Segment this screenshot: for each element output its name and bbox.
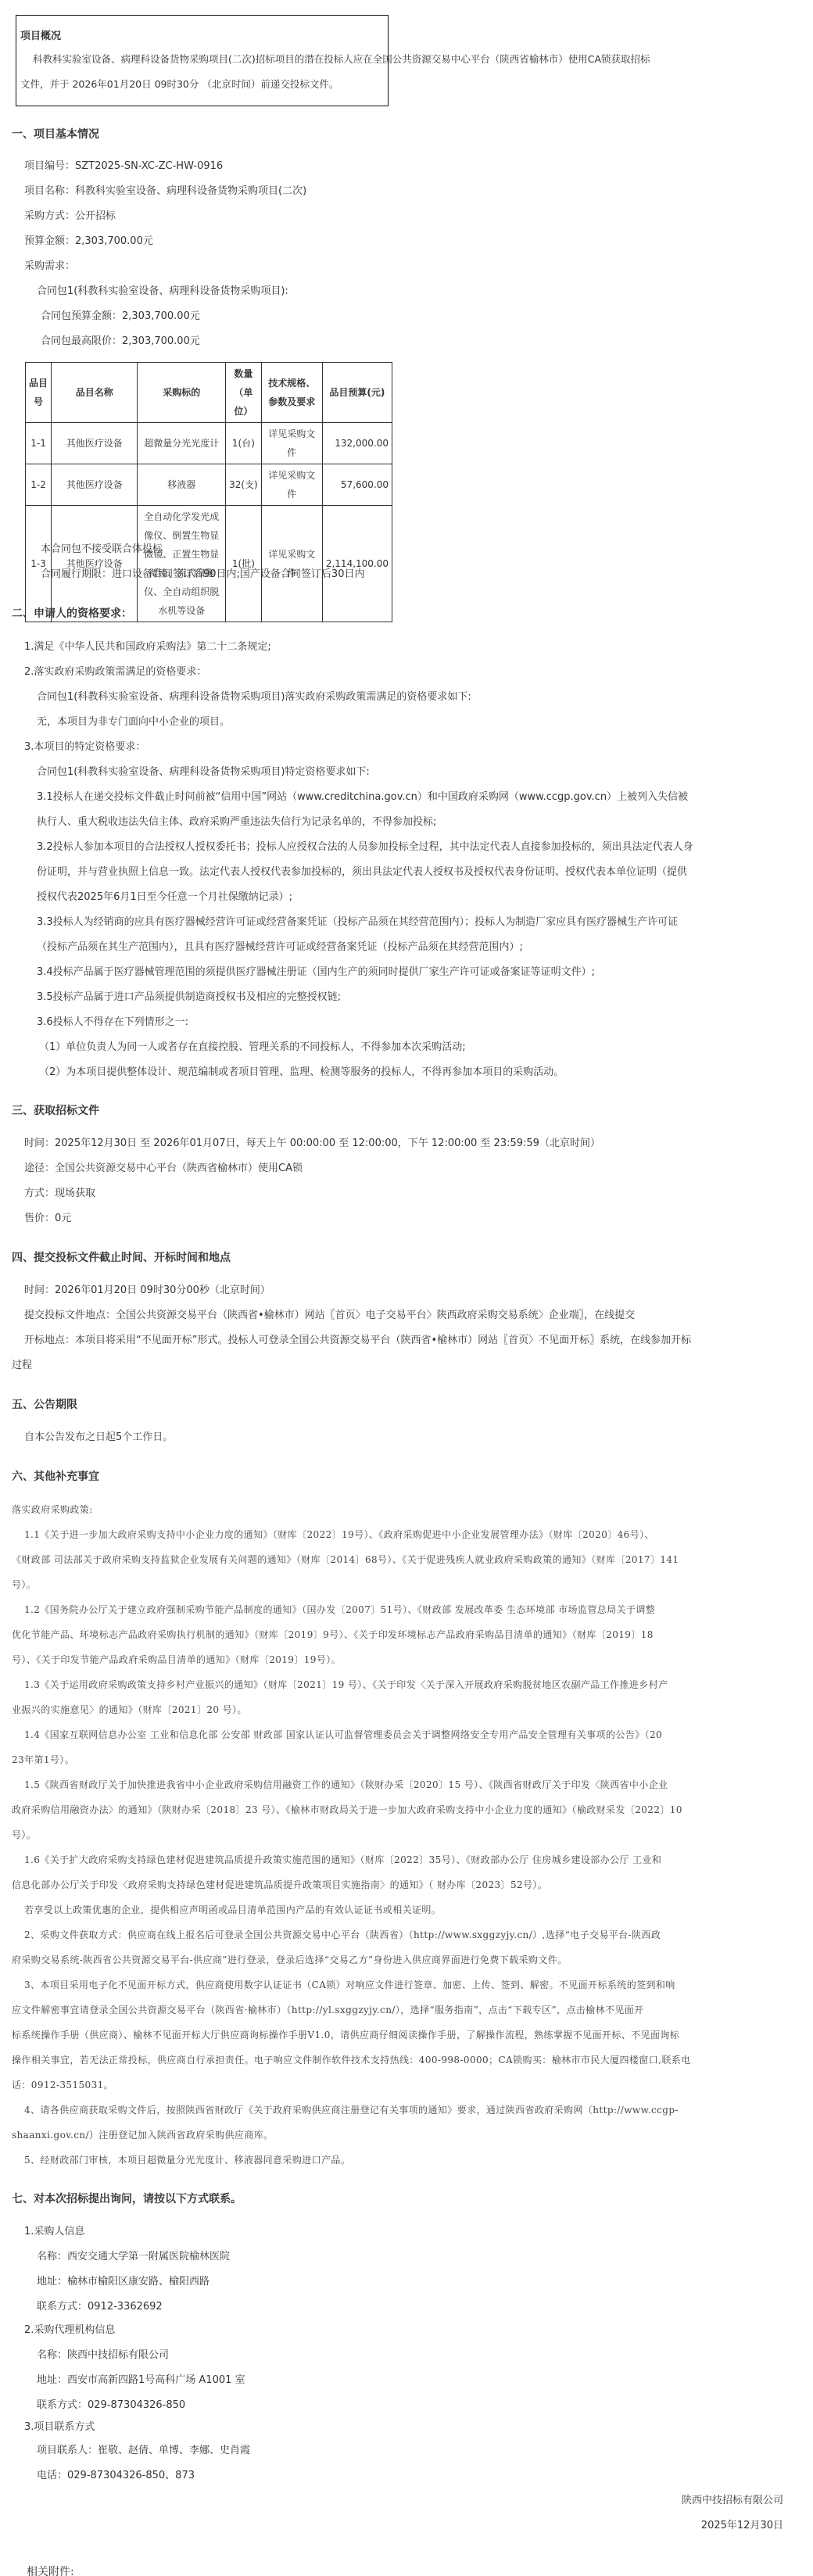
req-3a: 合同包1(科教科实验室设备、病理科设备货物采购项目)特定资格要求如下: — [37, 765, 370, 780]
cell-budget: 2,114,100.00 — [322, 506, 392, 622]
col-header-budget: 品目预算(元) — [322, 363, 392, 423]
procurement-method: 采购方式：公开招标 — [24, 209, 116, 224]
req-2b: 无，本项目为非专门面向中小企业的项目。 — [37, 715, 230, 730]
req-3-1-line1: 3.1投标人在递交投标文件截止时间前被“信用中国”网站（www.creditch… — [37, 790, 688, 805]
section2-heading: 二、申请人的资格要求： — [12, 606, 132, 622]
package-budget: 合同包预算金额：2,303,700.00元 — [41, 309, 200, 324]
cell-quantity: 1(台) — [226, 423, 262, 464]
item-3-line1: 3、本项目采用电子化不见面开标方式，供应商使用数字认证证书（CA锁）对响应文件进… — [24, 1977, 675, 1993]
cell-budget: 132,000.00 — [322, 423, 392, 464]
project-number: 项目编号：SZT2025-SN-XC-ZC-HW-0916 — [24, 159, 223, 174]
agency-title: 2.采购代理机构信息 — [24, 2323, 115, 2338]
req-2: 2.落实政府采购政策需满足的资格要求： — [24, 665, 206, 680]
project-name: 项目名称：科教科实验室设备、病理科设备货物采购项目(二次) — [24, 184, 306, 199]
section7-heading: 七、对本次招标提出询问，请按以下方式联系。 — [12, 2191, 242, 2207]
purchaser-phone: 联系方式：0912-3362692 — [37, 2299, 163, 2315]
procurement-requirement: 采购需求： — [24, 259, 75, 274]
performance-period: 合同履行期限：进口设备合同签订后90日内;国产设备合同签订后30日内 — [41, 567, 364, 582]
policy-1-5-line3: 号）。 — [12, 1827, 36, 1843]
policy-1-3-line2: 业振兴的实施意见〉的通知》（财库〔2021〕20 号）。 — [12, 1702, 247, 1718]
req-3-2-line1: 3.2投标人参加本项目的合法授权人授权委托书；投标人应授权合法的人员参加投标全过… — [37, 840, 693, 855]
purchaser-name: 名称：西安交通大学第一附属医院榆林医院 — [37, 2249, 230, 2265]
policy-1-2-line1: 1.2《国务院办公厅关于建立政府强制采购节能产品制度的通知》（国办发〔2007〕… — [24, 1602, 655, 1618]
cell-quantity: 1(批) — [226, 506, 262, 622]
col-header-item-name: 品目名称 — [52, 363, 138, 423]
req-3-6-item1: （1）单位负责人为同一人或者存在直接控股、管理关系的不同投标人，不得参加本次采购… — [39, 1040, 466, 1055]
item-3-line3: 标系统操作手册（供应商）、榆林不见面开标大厅供应商询标操作手册V1.0，请供应商… — [12, 2027, 679, 2043]
table-row: 1-1 其他医疗设备 超微量分光光度计 1(台) 详见采购文件 132,000.… — [26, 423, 392, 464]
section4-heading: 四、提交投标文件截止时间、开标时间和地点 — [12, 1250, 231, 1266]
attachments-label: 相关附件: — [27, 2564, 74, 2576]
req-3-2-line2: 份证明，并与营业执照上信息一致。法定代表人授权代表参加投标的，须出具法定代表人授… — [37, 865, 687, 880]
obtain-time: 时间：2025年12月30日 至 2026年01月07日，每天上午 00:00:… — [24, 1136, 600, 1152]
policy-1-5-line2: 政府采购信用融资办法〉的通知》（陕财办采〔2018〕23 号）、《榆林市财政局关… — [12, 1802, 682, 1818]
purchaser-address: 地址：榆林市榆阳区康安路、榆阳西路 — [37, 2274, 210, 2290]
policy-note: 若享受以上政策优惠的企业，提供相应声明函或品目清单范围内产品的有效认证证书或相关… — [24, 1902, 441, 1918]
policy-1-5-line1: 1.5《陕西省财政厅关于加快推进我省中小企业政府采购信用融资工作的通知》（陕财办… — [24, 1777, 668, 1793]
item-2-line2: 府采购交易系统-陕西省公共资源交易平台-供应商”进行登录，登录后选择“交易乙方”… — [12, 1952, 568, 1968]
agency-name: 名称：陕西中技招标有限公司 — [37, 2348, 169, 2363]
contract-package: 合同包1(科教科实验室设备、病理科设备货物采购项目): — [37, 284, 288, 299]
overview-text-line1: 科教科实验室设备、病理科设备货物采购项目(二次)招标项目的潜在投标人应在全国公共… — [33, 52, 650, 67]
obtain-mode: 方式：现场获取 — [24, 1186, 95, 1202]
items-table: 品目号 品目名称 采购标的 数量（单位） 技术规格、参数及要求 品目预算(元) … — [25, 362, 392, 622]
section1-heading: 一、项目基本情况 — [12, 127, 99, 142]
col-header-item-no: 品目号 — [26, 363, 52, 423]
announcement-period: 自本公告发布之日起5个工作日。 — [24, 1430, 173, 1446]
policy-1-1-line2: 《财政部 司法部关于政府采购支持监狱企业发展有关问题的通知》（财库〔2014〕6… — [12, 1552, 679, 1567]
cell-item-no: 1-3 — [26, 506, 52, 622]
section3-heading: 三、获取招标文件 — [12, 1103, 99, 1119]
req-3-2-line3: 授权代表2025年6月1日至今任意一个月社保缴纳记录）; — [37, 890, 292, 905]
overview-title: 项目概况 — [20, 29, 61, 45]
cell-quantity: 32(支) — [226, 464, 262, 506]
req-2a: 合同包1(科教科实验室设备、病理科设备货物采购项目)落实政府采购政策需满足的资格… — [37, 690, 471, 705]
policy-1-2-line3: 号）、《关于印发节能产品政府采购品目清单的通知》（财库〔2019〕19号）。 — [12, 1652, 341, 1668]
open-place-line1: 开标地点：本项目将采用“不见面开标”形式。投标人可登录全国公共资源交易平台（陕西… — [24, 1333, 691, 1349]
deadline-time: 时间：2026年01月20日 09时30分00秒（北京时间） — [24, 1283, 270, 1299]
cell-target: 超微量分光光度计 — [138, 423, 226, 464]
contact-title: 3.项目联系方式 — [24, 2420, 95, 2435]
cell-item-name: 其他医疗设备 — [52, 423, 138, 464]
agency-phone: 联系方式：029-87304326-850 — [37, 2398, 185, 2413]
policy-1-6-line1: 1.6《关于扩大政府采购支持绿色建材促进建筑品质提升政策实施范围的通知》（财库〔… — [24, 1852, 661, 1868]
cell-item-no: 1-2 — [26, 464, 52, 506]
cell-item-name: 其他医疗设备 — [52, 464, 138, 506]
cell-spec: 详见采购文件 — [261, 506, 322, 622]
item-4-line2: shaanxi.gov.cn/）注册登记加入陕西省政府采购供应商库。 — [12, 2127, 274, 2143]
section5-heading: 五、公告期限 — [12, 1397, 77, 1413]
req-3: 3.本项目的特定资格要求： — [24, 740, 145, 755]
purchaser-title: 1.采购人信息 — [24, 2224, 84, 2240]
item-3-line4: 操作相关事宜，若无法正常投标，供应商自行承担责任。电子响应文件制作软件技术支持热… — [12, 2052, 691, 2068]
table-row: 1-2 其他医疗设备 移液器 32(支) 详见采购文件 57,600.00 — [26, 464, 392, 506]
cell-target: 移液器 — [138, 464, 226, 506]
req-3-5: 3.5投标产品属于进口产品须提供制造商授权书及相应的完整授权链; — [37, 990, 341, 1005]
signature-company: 陕西中技招标有限公司 — [682, 2493, 783, 2509]
package-max-price: 合同包最高限价：2,303,700.00元 — [41, 334, 200, 349]
agency-address: 地址：西安市高新四路1号高科广场 A1001 室 — [37, 2373, 245, 2388]
budget-amount: 预算金额：2,303,700.00元 — [24, 234, 153, 249]
cell-spec: 详见采购文件 — [261, 423, 322, 464]
policy-1-4-line2: 23年第1号）。 — [12, 1752, 74, 1768]
req-3-4: 3.4投标产品属于医疗器械管理范围的须提供医疗器械注册证（国内生产的须同时提供厂… — [37, 965, 595, 980]
req-3-6: 3.6投标人不得存在下列情形之一: — [37, 1015, 188, 1030]
contact-people: 项目联系人：崔敬、赵倩、单博、李娜、史肖霞 — [37, 2443, 250, 2459]
col-header-quantity: 数量（单位） — [226, 363, 262, 423]
policy-1-4-line1: 1.4《国家互联网信息办公室 工业和信息化部 公安部 财政部 国家认证认可监督管… — [24, 1727, 662, 1743]
policy-1-1-line3: 号）。 — [12, 1577, 36, 1593]
cell-budget: 57,600.00 — [322, 464, 392, 506]
obtain-price: 售价：0元 — [24, 1211, 71, 1227]
col-header-spec: 技术规格、参数及要求 — [261, 363, 322, 423]
item-4-line1: 4、请各供应商获取采购文件后，按照陕西省财政厅《关于政府采购供应商注册登记有关事… — [24, 2102, 679, 2118]
signature-date: 2025年12月30日 — [701, 2518, 783, 2534]
req-3-3-line2: （投标产品须在其生产范围内），且具有医疗器械经营许可证或经营备案凭证（投标产品须… — [37, 940, 523, 955]
no-consortium-note: 本合同包不接受联合体投标 — [41, 542, 163, 557]
req-3-6-item2: （2）为本项目提供整体设计、规范编制或者项目管理、监理、检测等服务的投标人，不得… — [39, 1065, 564, 1080]
cell-item-name: 其他医疗设备 — [52, 506, 138, 622]
table-row: 1-3 其他医疗设备 全自动化学发光成像仪、倒置生物显微镜、正置生物显微镜、流式… — [26, 506, 392, 622]
req-3-1-line2: 执行人、重大税收违法失信主体、政府采购严重违法失信行为记录名单的，不得参加投标; — [37, 815, 436, 830]
cell-item-no: 1-1 — [26, 423, 52, 464]
req-3-3-line1: 3.3投标人为经销商的应具有医疗器械经营许可证或经营备案凭证（投标产品须在其经营… — [37, 915, 678, 930]
item-5: 5、经财政部门审核，本项目超微量分光光度计、移液器同意采购进口产品。 — [24, 2152, 350, 2168]
item-3-line5: 话：0912-3515031。 — [12, 2077, 113, 2093]
open-place-line2: 过程 — [12, 1358, 32, 1374]
contact-phone: 电话：029-87304326-850、873 — [37, 2468, 195, 2484]
obtain-channel: 途径：全国公共资源交易中心平台（陕西省榆林市）使用CA锁 — [24, 1161, 303, 1177]
item-2-line1: 2、采购文件获取方式：供应商在线上报名后可登录全国公共资源交易中心平台（陕西省）… — [24, 1927, 661, 1943]
policy-1-2-line2: 优化节能产品、环境标志产品政府采购执行机制的通知》（财库〔2019〕9号）、《关… — [12, 1627, 654, 1643]
section6-heading: 六、其他补充事宜 — [12, 1469, 99, 1485]
policy-1-1-line1: 1.1《关于进一步加大政府采购支持中小企业力度的通知》（财库〔2022〕19号）… — [24, 1527, 654, 1542]
col-header-target: 采购标的 — [138, 363, 226, 423]
policy-1-6-line2: 信息化部办公厅关于印发〈政府采购支持绿色建材促进建筑品质提升政策项目实施指南〉的… — [12, 1877, 547, 1893]
policy-1-3-line1: 1.3《关于运用政府采购政策支持乡村产业振兴的通知》（财库〔2021〕19 号）… — [24, 1677, 668, 1693]
table-header-row: 品目号 品目名称 采购标的 数量（单位） 技术规格、参数及要求 品目预算(元) — [26, 363, 392, 423]
item-3-line2: 应文件解密事宜请登录全国公共资源交易平台（陕西省·榆林市）（http://yl.… — [12, 2002, 644, 2018]
submit-place: 提交投标文件地点：全国公共资源交易平台（陕西省•榆林市）网站〖首页〉电子交易平台… — [24, 1308, 635, 1324]
cell-spec: 详见采购文件 — [261, 464, 322, 506]
overview-text-line2: 文件，并于 2026年01月20日 09时30分 （北京时间）前递交投标文件。 — [20, 77, 338, 92]
cell-target: 全自动化学发光成像仪、倒置生物显微镜、正置生物显微镜、流式细胞仪、全自动组织脱水… — [138, 506, 226, 622]
policy-title: 落实政府采购政策: — [12, 1502, 93, 1517]
req-1: 1.满足《中华人民共和国政府采购法》第二十二条规定; — [24, 640, 271, 655]
